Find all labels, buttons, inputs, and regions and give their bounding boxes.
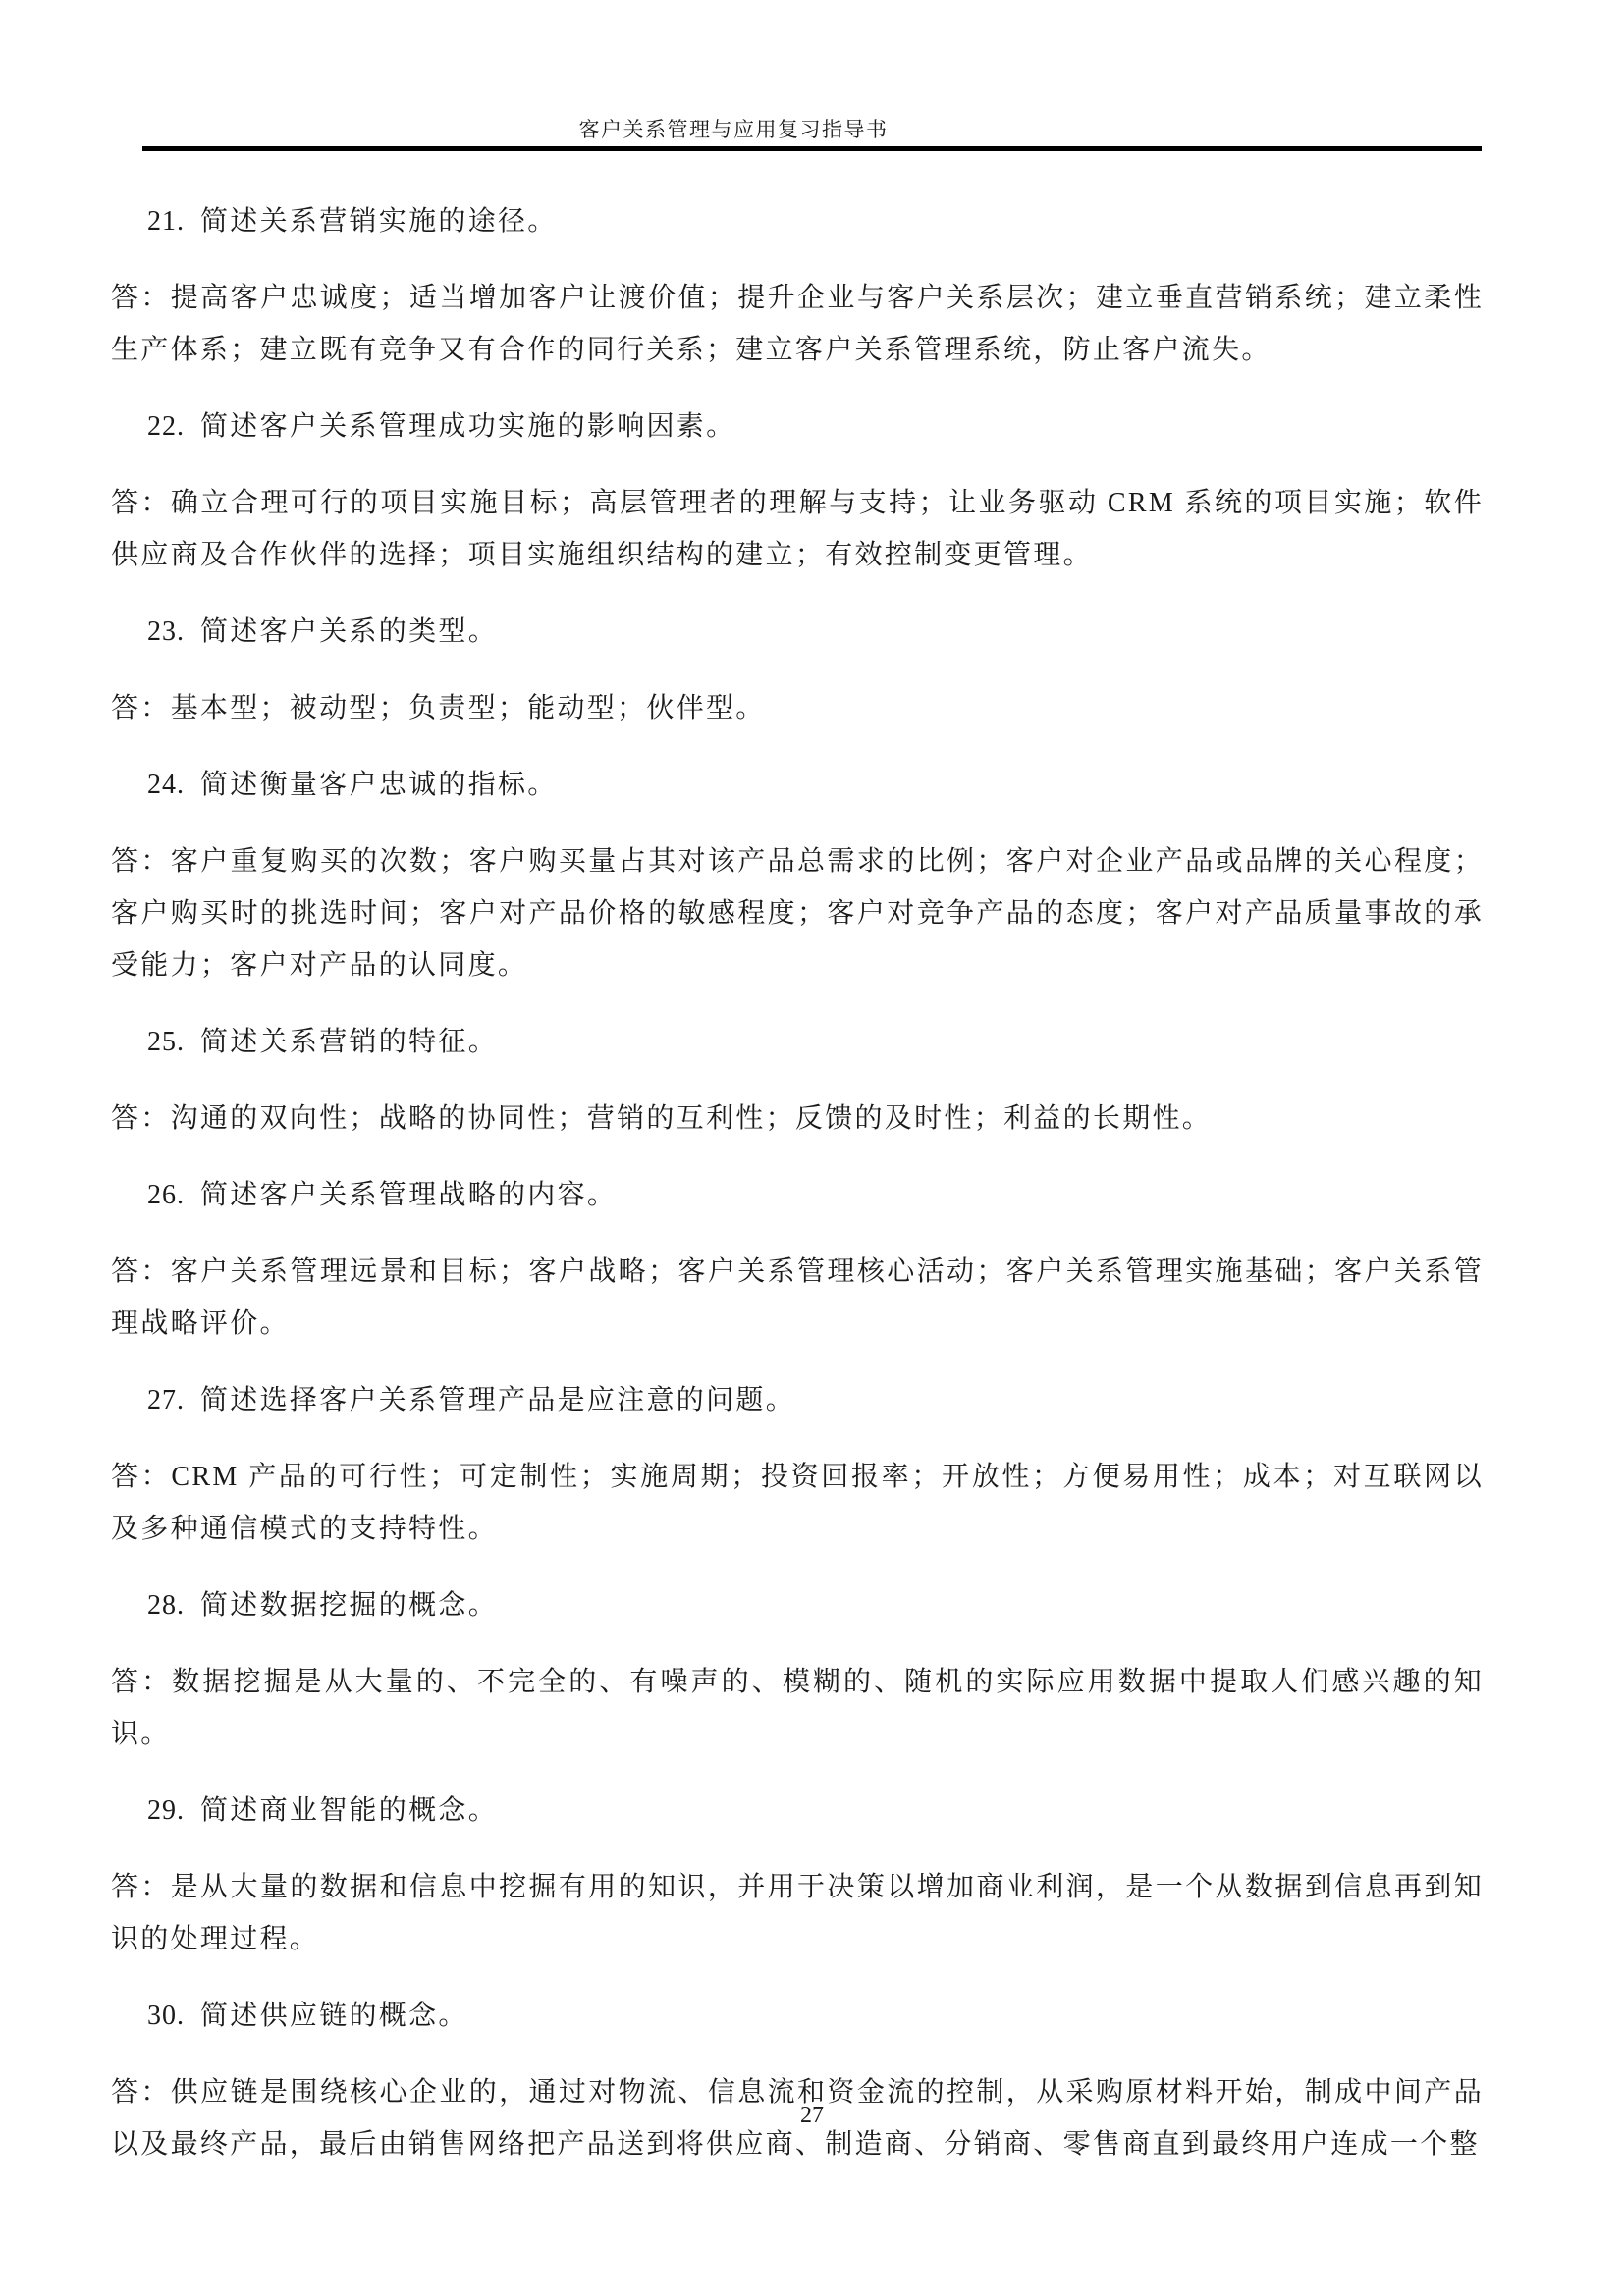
question-text: 简述关系营销实施的途径。 — [200, 206, 558, 237]
question-number: 21. — [147, 195, 185, 247]
question-text: 简述商业智能的概念。 — [200, 1795, 498, 1826]
qa-item: 26.简述客户关系管理战略的内容。 答：客户关系管理远景和目标；客户战略；客户关… — [111, 1169, 1484, 1350]
answer-paragraph: 答：客户重复购买的次数；客户购买量占其对该产品总需求的比例；客户对企业产品或品牌… — [111, 835, 1484, 991]
answer-paragraph: 答：CRM 产品的可行性；可定制性；实施周期；投资回报率；开放性；方便易用性；成… — [111, 1451, 1484, 1555]
question-number: 30. — [147, 1990, 185, 2042]
page-header-title: 客户关系管理与应用复习指导书 — [0, 114, 1467, 143]
qa-item: 27.简述选择客户关系管理产品是应注意的问题。 答：CRM 产品的可行性；可定制… — [111, 1374, 1484, 1555]
question-line: 30.简述供应链的概念。 — [111, 1990, 1484, 2042]
answer-paragraph: 答：是从大量的数据和信息中挖掘有用的知识，并用于决策以增加商业利润，是一个从数据… — [111, 1861, 1484, 1965]
answer-paragraph: 答：提高客户忠诚度；适当增加客户让渡价值；提升企业与客户关系层次；建立垂直营销系… — [111, 272, 1484, 376]
answer-paragraph: 答：确立合理可行的项目实施目标；高层管理者的理解与支持；让业务驱动 CRM 系统… — [111, 477, 1484, 581]
question-number: 25. — [147, 1016, 185, 1068]
qa-item: 30.简述供应链的概念。 答：供应链是围绕核心企业的，通过对物流、信息流和资金流… — [111, 1990, 1484, 2170]
question-line: 22.简述客户关系管理成功实施的影响因素。 — [111, 400, 1484, 453]
question-line: 27.简述选择客户关系管理产品是应注意的问题。 — [111, 1374, 1484, 1426]
qa-item: 23.简述客户关系的类型。 答：基本型；被动型；负责型；能动型；伙伴型。 — [111, 606, 1484, 734]
answer-paragraph: 答：客户关系管理远景和目标；客户战略；客户关系管理核心活动；客户关系管理实施基础… — [111, 1246, 1484, 1350]
qa-item: 21.简述关系营销实施的途径。 答：提高客户忠诚度；适当增加客户让渡价值；提升企… — [111, 195, 1484, 376]
question-text: 简述客户关系管理成功实施的影响因素。 — [200, 411, 735, 442]
question-number: 24. — [147, 759, 185, 811]
question-number: 29. — [147, 1785, 185, 1837]
question-number: 28. — [147, 1579, 185, 1631]
question-text: 简述选择客户关系管理产品是应注意的问题。 — [200, 1385, 795, 1415]
question-line: 25.简述关系营销的特征。 — [111, 1016, 1484, 1068]
question-line: 21.简述关系营销实施的途径。 — [111, 195, 1484, 247]
qa-item: 25.简述关系营销的特征。 答：沟通的双向性；战略的协同性；营销的互利性；反馈的… — [111, 1016, 1484, 1145]
question-number: 23. — [147, 606, 185, 658]
question-text: 简述衡量客户忠诚的指标。 — [200, 770, 558, 800]
header-divider — [142, 146, 1482, 151]
answer-paragraph: 答：沟通的双向性；战略的协同性；营销的互利性；反馈的及时性；利益的长期性。 — [111, 1093, 1484, 1145]
question-text: 简述客户关系管理战略的内容。 — [200, 1180, 617, 1210]
qa-item: 24.简述衡量客户忠诚的指标。 答：客户重复购买的次数；客户购买量占其对该产品总… — [111, 759, 1484, 991]
question-line: 28.简述数据挖掘的概念。 — [111, 1579, 1484, 1631]
page-number: 27 — [0, 2103, 1624, 2129]
question-line: 26.简述客户关系管理战略的内容。 — [111, 1169, 1484, 1221]
question-text: 简述客户关系的类型。 — [200, 616, 498, 647]
question-text: 简述数据挖掘的概念。 — [200, 1590, 498, 1621]
qa-item: 28.简述数据挖掘的概念。 答：数据挖掘是从大量的、不完全的、有噪声的、模糊的、… — [111, 1579, 1484, 1760]
question-line: 24.简述衡量客户忠诚的指标。 — [111, 759, 1484, 811]
question-number: 27. — [147, 1374, 185, 1426]
answer-paragraph: 答：数据挖掘是从大量的、不完全的、有噪声的、模糊的、随机的实际应用数据中提取人们… — [111, 1656, 1484, 1760]
answer-paragraph: 答：基本型；被动型；负责型；能动型；伙伴型。 — [111, 682, 1484, 734]
question-number: 26. — [147, 1169, 185, 1221]
question-line: 23.简述客户关系的类型。 — [111, 606, 1484, 658]
question-text: 简述关系营销的特征。 — [200, 1027, 498, 1057]
qa-item: 29.简述商业智能的概念。 答：是从大量的数据和信息中挖掘有用的知识，并用于决策… — [111, 1785, 1484, 1965]
document-body: 21.简述关系营销实施的途径。 答：提高客户忠诚度；适当增加客户让渡价值；提升企… — [111, 195, 1484, 2195]
document-page: 客户关系管理与应用复习指导书 21.简述关系营销实施的途径。 答：提高客户忠诚度… — [0, 0, 1624, 2296]
question-line: 29.简述商业智能的概念。 — [111, 1785, 1484, 1837]
qa-item: 22.简述客户关系管理成功实施的影响因素。 答：确立合理可行的项目实施目标；高层… — [111, 400, 1484, 581]
question-number: 22. — [147, 400, 185, 453]
question-text: 简述供应链的概念。 — [200, 2001, 468, 2031]
